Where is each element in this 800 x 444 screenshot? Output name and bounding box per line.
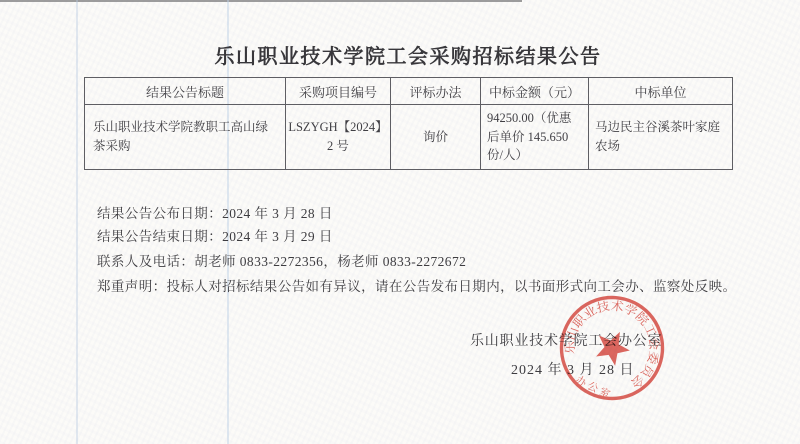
cell-project-code: LSZYGH【2024】2 号: [286, 105, 391, 170]
header-project-code: 采购项目编号: [286, 78, 391, 105]
end-date-line: 结果公告结束日期：2024 年 3 月 29 日: [97, 225, 333, 245]
bid-result-table: 结果公告标题 采购项目编号 评标办法 中标金额（元） 中标单位 乐山职业技术学院…: [84, 77, 733, 170]
cell-eval-method: 询价: [391, 105, 481, 170]
cell-bid-amount: 94250.00（优惠后单价 145.650 份/人）: [481, 105, 589, 170]
statement-line: 郑重声明：投标人对招标结果公告如有异议，请在公告发布日期内，以书面形式向工会办、…: [97, 275, 736, 295]
cell-result-title: 乐山职业技术学院教职工高山绿茶采购: [85, 105, 286, 170]
table-row: 乐山职业技术学院教职工高山绿茶采购 LSZYGH【2024】2 号 询价 942…: [85, 105, 733, 170]
header-result-title: 结果公告标题: [85, 78, 286, 105]
scan-streak-left: [76, 0, 78, 444]
cell-winner: 马边民主谷溪茶叶家庭农场: [589, 105, 733, 170]
header-eval-method: 评标办法: [391, 78, 481, 105]
signature-org: 乐山职业技术学院工会办公室: [470, 330, 662, 350]
announcement-page: 乐山职业技术学院工会采购招标结果公告 结果公告标题 采购项目编号 评标办法 中标…: [0, 0, 800, 444]
publish-date-line: 结果公告公布日期：2024 年 3 月 28 日: [97, 202, 333, 222]
table-header-row: 结果公告标题 采购项目编号 评标办法 中标金额（元） 中标单位: [85, 78, 733, 105]
header-winner: 中标单位: [589, 78, 733, 105]
contact-line: 联系人及电话：胡老师 0833-2272356，杨老师 0833-2272672: [97, 250, 466, 270]
page-title: 乐山职业技术学院工会采购招标结果公告: [84, 40, 732, 66]
header-bid-amount: 中标金额（元）: [481, 78, 589, 105]
scan-edge-line: [0, 0, 522, 2]
signature-date: 2024 年 3 月 28 日: [511, 359, 635, 379]
